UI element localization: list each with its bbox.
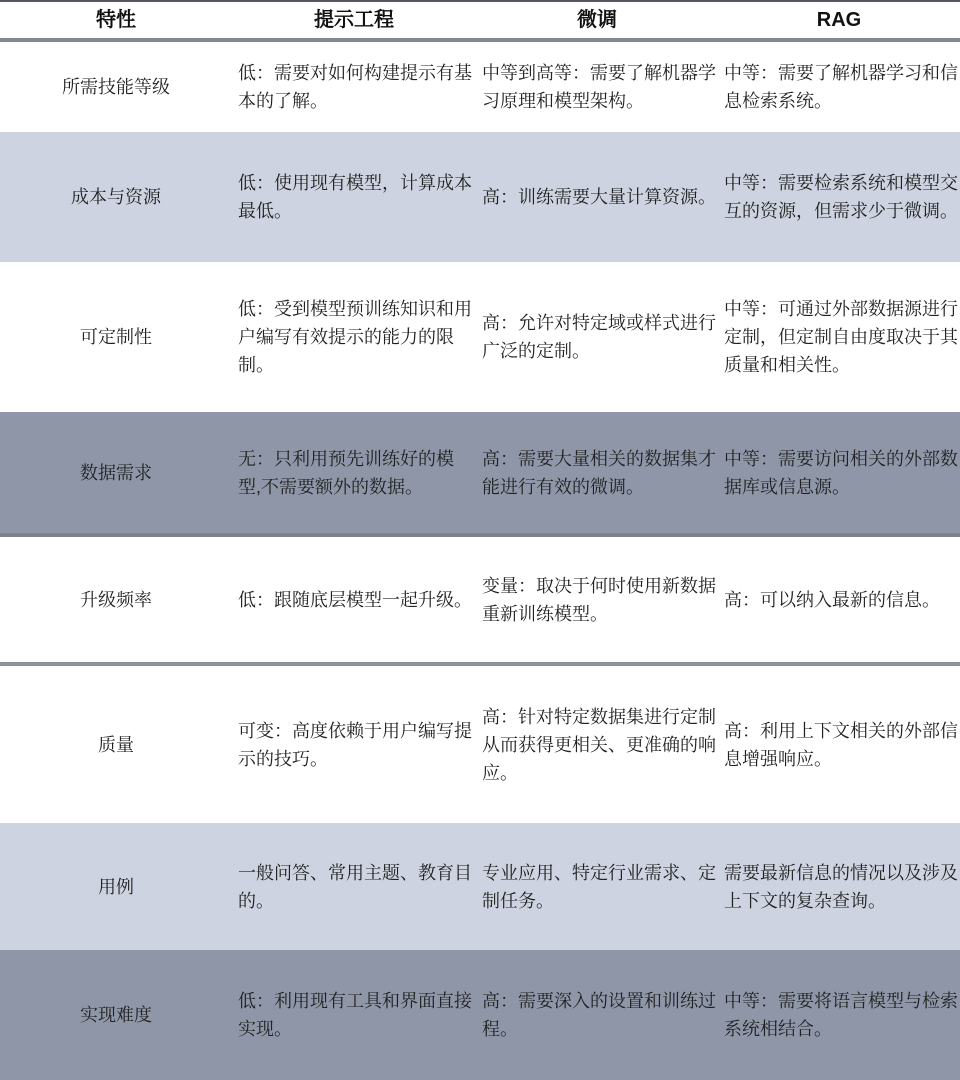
table-row: 升级频率 低：跟随底层模型一起升级。 变量：取决于何时使用新数据重新训练模型。 … [0, 537, 960, 666]
fine-tuning-cell: 高：需要深入的设置和训练过程。 [476, 950, 718, 1080]
rag-cell: 中等：需要访问相关的外部数据库或信息源。 [718, 412, 960, 533]
rag-cell: 中等：需要了解机器学习和信息检索系统。 [718, 42, 960, 132]
table-row: 可定制性 低：受到模型预训练知识和用户编写有效提示的能力的限制。 高：允许对特定… [0, 262, 960, 412]
fine-tuning-cell: 高：针对特定数据集进行定制从而获得更相关、更准确的响应。 [476, 666, 718, 823]
feature-cell: 可定制性 [0, 262, 232, 412]
table-row: 成本与资源 低：使用现有模型，计算成本最低。 高：训练需要大量计算资源。 中等：… [0, 132, 960, 262]
table-row: 所需技能等级 低：需要对如何构建提示有基本的了解。 中等到高等：需要了解机器学习… [0, 42, 960, 132]
fine-tuning-cell: 高：训练需要大量计算资源。 [476, 132, 718, 262]
feature-cell: 升级频率 [0, 537, 232, 662]
feature-cell: 质量 [0, 666, 232, 823]
prompt-engineering-cell: 低：利用现有工具和界面直接实现。 [232, 950, 476, 1080]
fine-tuning-cell: 变量：取决于何时使用新数据重新训练模型。 [476, 537, 718, 662]
prompt-engineering-cell: 低：跟随底层模型一起升级。 [232, 537, 476, 662]
table-row: 实现难度 低：利用现有工具和界面直接实现。 高：需要深入的设置和训练过程。 中等… [0, 950, 960, 1080]
rag-cell: 高：利用上下文相关的外部信息增强响应。 [718, 666, 960, 823]
table-row: 质量 可变：高度依赖于用户编写提示的技巧。 高：针对特定数据集进行定制从而获得更… [0, 666, 960, 823]
column-header-rag: RAG [718, 2, 960, 38]
feature-cell: 实现难度 [0, 950, 232, 1080]
prompt-engineering-cell: 低：受到模型预训练知识和用户编写有效提示的能力的限制。 [232, 262, 476, 412]
feature-cell: 数据需求 [0, 412, 232, 533]
feature-cell: 用例 [0, 823, 232, 950]
column-header-prompt-engineering: 提示工程 [232, 2, 476, 38]
table-row: 数据需求 无：只利用预先训练好的模型,不需要额外的数据。 高：需要大量相关的数据… [0, 412, 960, 537]
rag-cell: 中等：可通过外部数据源进行定制，但定制自由度取决于其质量和相关性。 [718, 262, 960, 412]
comparison-table-page: 特性 提示工程 微调 RAG 所需技能等级 低：需要对如何构建提示有基本的了解。… [0, 0, 960, 1080]
rag-cell: 高：可以纳入最新的信息。 [718, 537, 960, 662]
comparison-table: 特性 提示工程 微调 RAG 所需技能等级 低：需要对如何构建提示有基本的了解。… [0, 0, 960, 1080]
table-row: 用例 一般问答、常用主题、教育目的。 专业应用、特定行业需求、定制任务。 需要最… [0, 823, 960, 950]
prompt-engineering-cell: 低：使用现有模型，计算成本最低。 [232, 132, 476, 262]
feature-cell: 成本与资源 [0, 132, 232, 262]
prompt-engineering-cell: 低：需要对如何构建提示有基本的了解。 [232, 42, 476, 132]
feature-cell: 所需技能等级 [0, 42, 232, 132]
rag-cell: 需要最新信息的情况以及涉及上下文的复杂查询。 [718, 823, 960, 950]
rag-cell: 中等：需要检索系统和模型交互的资源，但需求少于微调。 [718, 132, 960, 262]
prompt-engineering-cell: 可变：高度依赖于用户编写提示的技巧。 [232, 666, 476, 823]
column-header-fine-tuning: 微调 [476, 2, 718, 38]
column-header-feature: 特性 [0, 2, 232, 38]
prompt-engineering-cell: 无：只利用预先训练好的模型,不需要额外的数据。 [232, 412, 476, 533]
fine-tuning-cell: 专业应用、特定行业需求、定制任务。 [476, 823, 718, 950]
rag-cell: 中等：需要将语言模型与检索系统相结合。 [718, 950, 960, 1080]
table-header-row: 特性 提示工程 微调 RAG [0, 2, 960, 42]
fine-tuning-cell: 高：需要大量相关的数据集才能进行有效的微调。 [476, 412, 718, 533]
fine-tuning-cell: 中等到高等：需要了解机器学习原理和模型架构。 [476, 42, 718, 132]
fine-tuning-cell: 高：允许对特定域或样式进行广泛的定制。 [476, 262, 718, 412]
prompt-engineering-cell: 一般问答、常用主题、教育目的。 [232, 823, 476, 950]
